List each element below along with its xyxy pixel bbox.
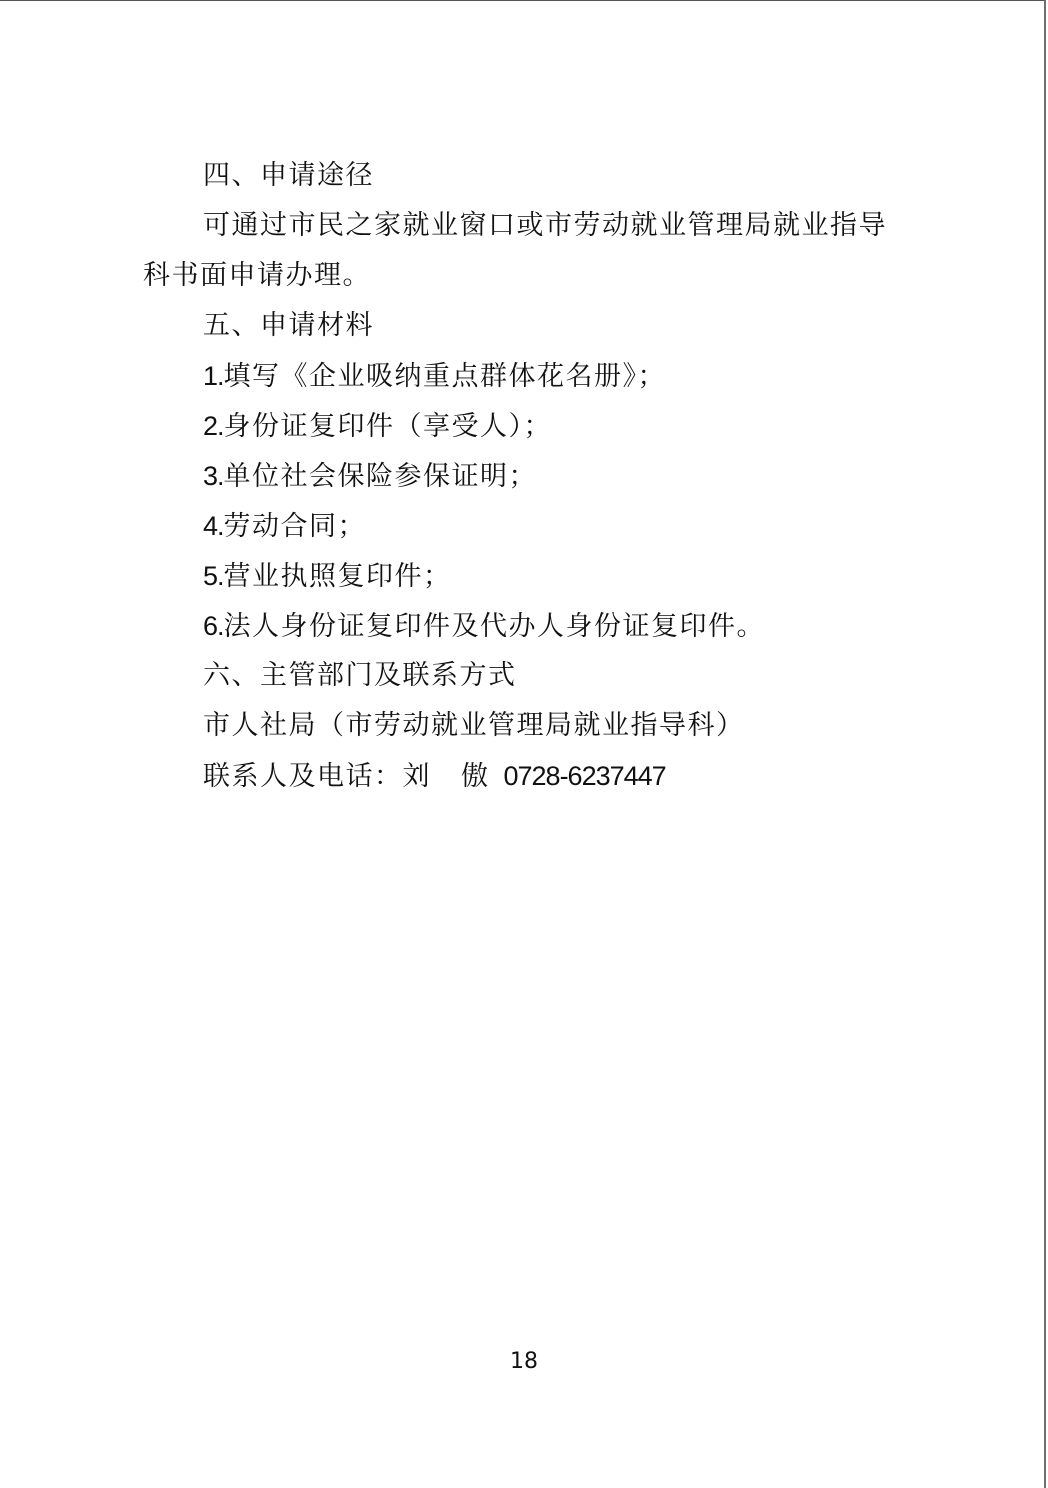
department-name: 市人社局（市劳动就业管理局就业指导科） bbox=[143, 701, 909, 751]
material-item-number: 1. bbox=[203, 361, 224, 391]
material-item-text: 法人身份证复印件及代办人身份证复印件。 bbox=[224, 611, 766, 642]
material-item-number: 6. bbox=[203, 611, 224, 641]
contact-line: 联系人及电话：刘傲0728-6237447 bbox=[143, 751, 909, 801]
page-number: 18 bbox=[0, 1349, 1048, 1374]
material-item-text: 劳动合同； bbox=[224, 511, 367, 542]
application-channel-text: 可通过市民之家就业窗口或市劳动就业管理局就业指导科书面申请办理。 bbox=[143, 201, 909, 301]
contact-name-part-1: 刘 bbox=[403, 761, 432, 792]
material-item: 3.单位社会保险参保证明； bbox=[143, 451, 909, 501]
section-heading-application-channel: 四、申请途径 bbox=[143, 151, 909, 201]
section-heading-department-contact: 六、主管部门及联系方式 bbox=[143, 651, 909, 701]
material-item: 2.身份证复印件（享受人）； bbox=[143, 401, 909, 451]
section-heading-application-materials: 五、申请材料 bbox=[143, 301, 909, 351]
material-item: 5.营业执照复印件； bbox=[143, 551, 909, 601]
material-item-number: 4. bbox=[203, 511, 224, 541]
material-item-text: 填写《企业吸纳重点群体花名册》； bbox=[224, 361, 667, 392]
contact-phone: 0728-6237447 bbox=[504, 761, 666, 791]
material-item-text: 单位社会保险参保证明； bbox=[224, 461, 538, 492]
document-page: 四、申请途径 可通过市民之家就业窗口或市劳动就业管理局就业指导科书面申请办理。 … bbox=[0, 0, 1046, 1488]
document-body: 四、申请途径 可通过市民之家就业窗口或市劳动就业管理局就业指导科书面申请办理。 … bbox=[143, 151, 909, 801]
material-item-number: 3. bbox=[203, 461, 224, 491]
contact-name-part-2: 傲 bbox=[461, 761, 490, 792]
material-item-text: 身份证复印件（享受人）； bbox=[224, 411, 553, 442]
material-item: 6.法人身份证复印件及代办人身份证复印件。 bbox=[143, 601, 909, 651]
material-item-text: 营业执照复印件； bbox=[224, 561, 452, 592]
material-item-number: 2. bbox=[203, 411, 224, 441]
contact-label: 联系人及电话： bbox=[203, 761, 403, 792]
material-item: 4.劳动合同； bbox=[143, 501, 909, 551]
material-item: 1.填写《企业吸纳重点群体花名册》； bbox=[143, 351, 909, 401]
material-item-number: 5. bbox=[203, 561, 224, 591]
